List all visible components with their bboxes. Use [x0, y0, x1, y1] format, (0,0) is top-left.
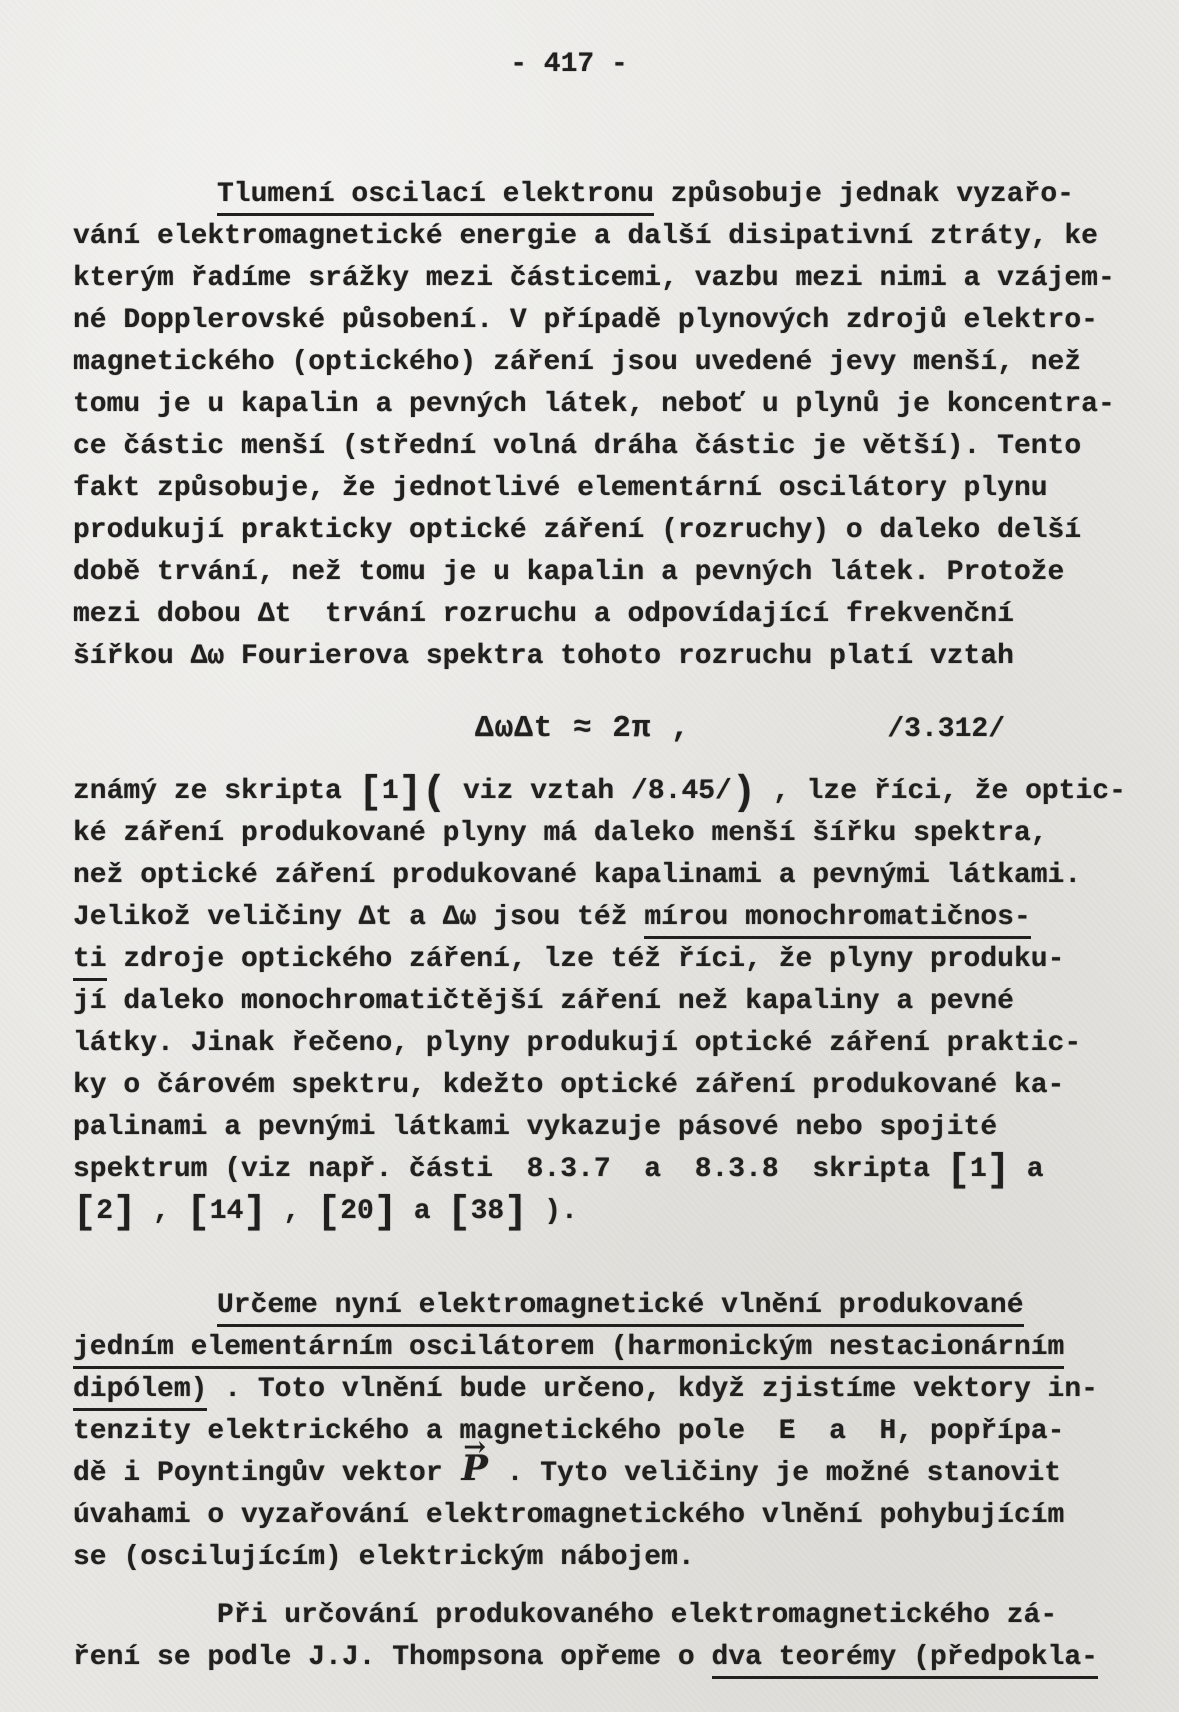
text-segment: než optické záření produkované kapalinam…	[73, 860, 1081, 891]
text-line: fakt způsobuje, že jednotlivé elementárn…	[73, 468, 1113, 510]
text-segment: a	[796, 1416, 880, 1447]
text-segment: Při určování produkovaného elektromagnet…	[217, 1600, 1057, 1631]
text-segment: dipólem)	[73, 1374, 207, 1411]
text-line: spektrum (viz např. části 8.3.7 a 8.3.8 …	[73, 1149, 1113, 1191]
text-segment: kterým řadíme srážky mezi částicemi, vaz…	[73, 263, 1115, 294]
bracket-right: ]	[399, 771, 422, 815]
text-line: době trvání, než tomu je u kapalin a pev…	[73, 552, 1113, 594]
para-spectrum: známý ze skripta [1]( viz vztah /8.45/) …	[73, 771, 1113, 1233]
text-line: Jelikož veličiny Δt a Δω jsou též mírou …	[73, 897, 1113, 939]
text-segment: palinami a pevnými látkami vykazuje páso…	[73, 1112, 997, 1143]
text-segment: . Tyto veličiny je možné stanovit	[490, 1458, 1061, 1489]
math-symbol: Δω	[191, 641, 225, 672]
text-line: kterým řadíme srážky mezi částicemi, vaz…	[73, 258, 1113, 300]
text-segment: mezi dobou	[73, 599, 258, 630]
text-line: šířkou Δω Fourierova spektra tohoto rozr…	[73, 636, 1113, 678]
citation-ref: [2]	[73, 1196, 136, 1227]
citation-number: 1	[382, 776, 399, 807]
bracket-left: [	[187, 1191, 210, 1235]
equation-number: /3.312/	[887, 709, 1005, 751]
text-line: dipólem) . Toto vlnění bude určeno, když…	[73, 1369, 1113, 1411]
text-segment: dva teorémy (předpokla-	[712, 1642, 1098, 1679]
citation-ref: [38]	[447, 1196, 527, 1227]
text-line: produkují prakticky optické záření (rozr…	[73, 510, 1113, 552]
text-line: než optické záření produkované kapalinam…	[73, 855, 1113, 897]
text-segment: Tlumení oscilací elektronu	[217, 179, 654, 216]
bracket-left: [	[947, 1149, 970, 1193]
text-segment: vání elektromagnetické energie a další d…	[73, 221, 1098, 252]
text-segment: ce částic menší (střední volná dráha čás…	[73, 431, 1081, 462]
bracket-right: ]	[374, 1191, 397, 1235]
text-segment: úvahami o vyzařování elektromagnetického…	[73, 1500, 1064, 1531]
text-line: tenzity elektrického a magnetického pole…	[73, 1411, 1113, 1453]
document-page: - 417 - Tlumení oscilací elektronu způso…	[0, 0, 1179, 1712]
text-segment: době trvání, než tomu je u kapalin a pev…	[73, 557, 1064, 588]
text-segment: jí daleko monochromatičtější záření než …	[73, 986, 1014, 1017]
text-segment: tenzity elektrického a magnetického pole	[73, 1416, 779, 1447]
math-symbol: Δt	[359, 902, 393, 933]
text-segment: šířkou	[73, 641, 191, 672]
text-segment: látky. Jinak řečeno, plyny produkují opt…	[73, 1028, 1081, 1059]
page-content: Tlumení oscilací elektronu způsobuje jed…	[73, 174, 1113, 1679]
bracket-right: ]	[987, 1149, 1010, 1193]
para-oscillator: Určeme nyní elektromagnetické vlnění pro…	[73, 1285, 1113, 1579]
text-segment: ti	[73, 944, 107, 981]
text-line: vání elektromagnetické energie a další d…	[73, 216, 1113, 258]
text-line: ky o čárovém spektru, kdežto optické zář…	[73, 1065, 1113, 1107]
text-segment: produkují prakticky optické záření (rozr…	[73, 515, 1081, 546]
text-segment: ké záření produkované plyny má daleko me…	[73, 818, 1048, 849]
text-line: ké záření produkované plyny má daleko me…	[73, 813, 1113, 855]
text-segment: fakt způsobuje, že jednotlivé elementárn…	[73, 473, 1048, 504]
text-line: látky. Jinak řečeno, plyny produkují opt…	[73, 1023, 1113, 1065]
citation-ref: [1]	[359, 776, 422, 807]
text-segment: se (oscilujícím) elektrickým nábojem.	[73, 1542, 695, 1573]
text-segment: a	[397, 1196, 447, 1227]
text-line: jedním elementárním oscilátorem (harmoni…	[73, 1327, 1113, 1369]
text-line: ření se podle J.J. Thompsona opřeme o dv…	[73, 1637, 1113, 1679]
text-segment: ).	[527, 1196, 577, 1227]
bracket-left: [	[359, 771, 382, 815]
text-segment: Jelikož veličiny	[73, 902, 359, 933]
text-segment: a	[392, 902, 442, 933]
text-line: mezi dobou Δt trvání rozruchu a odpovída…	[73, 594, 1113, 636]
big-paren: (	[422, 771, 446, 817]
text-line: tomu je u kapalin a pevných látek, neboť…	[73, 384, 1113, 426]
citation-ref: [20]	[317, 1196, 397, 1227]
text-segment: způsobuje jednak vyzařo-	[654, 179, 1074, 210]
text-segment: tomu je u kapalin a pevných látek, neboť…	[73, 389, 1115, 420]
text-segment: ření se podle J.J. Thompsona opřeme o	[73, 1642, 712, 1673]
page-number: - 417 -	[73, 44, 1113, 86]
citation-number: 38	[471, 1196, 505, 1227]
text-segment: , popřípa-	[896, 1416, 1064, 1447]
text-line: ce částic menší (střední volná dráha čás…	[73, 426, 1113, 468]
math-symbol: Δt	[258, 599, 292, 630]
text-line: známý ze skripta [1]( viz vztah /8.45/) …	[73, 771, 1113, 813]
bracket-left: [	[317, 1191, 340, 1235]
bracket-right: ]	[113, 1191, 136, 1235]
para-intro: Tlumení oscilací elektronu způsobuje jed…	[73, 174, 1113, 678]
big-paren: )	[732, 771, 756, 817]
text-segment: trvání rozruchu a odpovídající frekvenčn…	[291, 599, 1014, 630]
text-line: né Dopplerovské působení. V případě plyn…	[73, 300, 1113, 342]
equation-formula: ΔωΔt ≈ 2π ,	[475, 708, 691, 750]
text-segment: ,	[267, 1196, 317, 1227]
text-segment: jsou též	[476, 902, 644, 933]
citation-ref: [1]	[947, 1154, 1010, 1185]
text-segment: Fourierova spektra tohoto rozruchu platí…	[224, 641, 1014, 672]
text-line: úvahami o vyzařování elektromagnetického…	[73, 1495, 1113, 1537]
text-line: [2] , [14] , [20] a [38] ).	[73, 1191, 1113, 1233]
vector-symbol: E	[779, 1416, 796, 1447]
math-symbol: Δω	[443, 902, 477, 933]
text-line: Určeme nyní elektromagnetické vlnění pro…	[73, 1285, 1113, 1327]
text-line: ti zdroje optického záření, lze též říci…	[73, 939, 1113, 981]
text-segment: mírou monochromatičnos-	[644, 902, 1030, 939]
text-line: Tlumení oscilací elektronu způsobuje jed…	[73, 174, 1113, 216]
text-segment: . Toto vlnění bude určeno, když zjistíme…	[207, 1374, 1098, 1405]
text-segment: dě i Poyntingův vektor	[73, 1458, 459, 1489]
text-segment: známý ze skripta	[73, 776, 359, 807]
text-segment: viz vztah /8.45/	[446, 776, 732, 807]
bracket-right: ]	[243, 1191, 266, 1235]
text-segment: spektrum (viz např. části 8.3.7 a 8.3.8 …	[73, 1154, 947, 1185]
text-line: jí daleko monochromatičtější záření než …	[73, 981, 1113, 1023]
text-segment: zdroje optického záření, lze též říci, ž…	[107, 944, 1065, 975]
text-segment: né Dopplerovské působení. V případě plyn…	[73, 305, 1098, 336]
text-segment: jedním elementárním oscilátorem (harmoni…	[73, 1332, 1064, 1369]
citation-number: 20	[340, 1196, 374, 1227]
text-line: Při určování produkovaného elektromagnet…	[73, 1595, 1113, 1637]
bracket-left: [	[447, 1191, 470, 1235]
citation-number: 1	[970, 1154, 987, 1185]
citation-number: 2	[96, 1196, 113, 1227]
bracket-right: ]	[504, 1191, 527, 1235]
text-segment: a	[1010, 1154, 1044, 1185]
bracket-left: [	[73, 1191, 96, 1235]
text-line: dě i Poyntingův vektor P . Tyto veličiny…	[73, 1453, 1113, 1495]
text-line: magnetického (optického) záření jsou uve…	[73, 342, 1113, 384]
text-line: se (oscilujícím) elektrickým nábojem.	[73, 1537, 1113, 1579]
text-segment: ,	[136, 1196, 186, 1227]
eq-3312: ΔωΔt ≈ 2π ,/3.312/	[73, 708, 1113, 751]
text-segment: magnetického (optického) záření jsou uve…	[73, 347, 1081, 378]
para-thompson: Při určování produkovaného elektromagnet…	[73, 1595, 1113, 1679]
text-line: palinami a pevnými látkami vykazuje páso…	[73, 1107, 1113, 1149]
text-segment: Určeme nyní elektromagnetické vlnění pro…	[217, 1290, 1024, 1327]
citation-ref: [14]	[187, 1196, 267, 1227]
text-segment: , lze říci, že optic-	[756, 776, 1126, 807]
citation-number: 14	[210, 1196, 244, 1227]
text-segment: ky o čárovém spektru, kdežto optické zář…	[73, 1070, 1064, 1101]
vector-symbol: H	[880, 1416, 897, 1447]
